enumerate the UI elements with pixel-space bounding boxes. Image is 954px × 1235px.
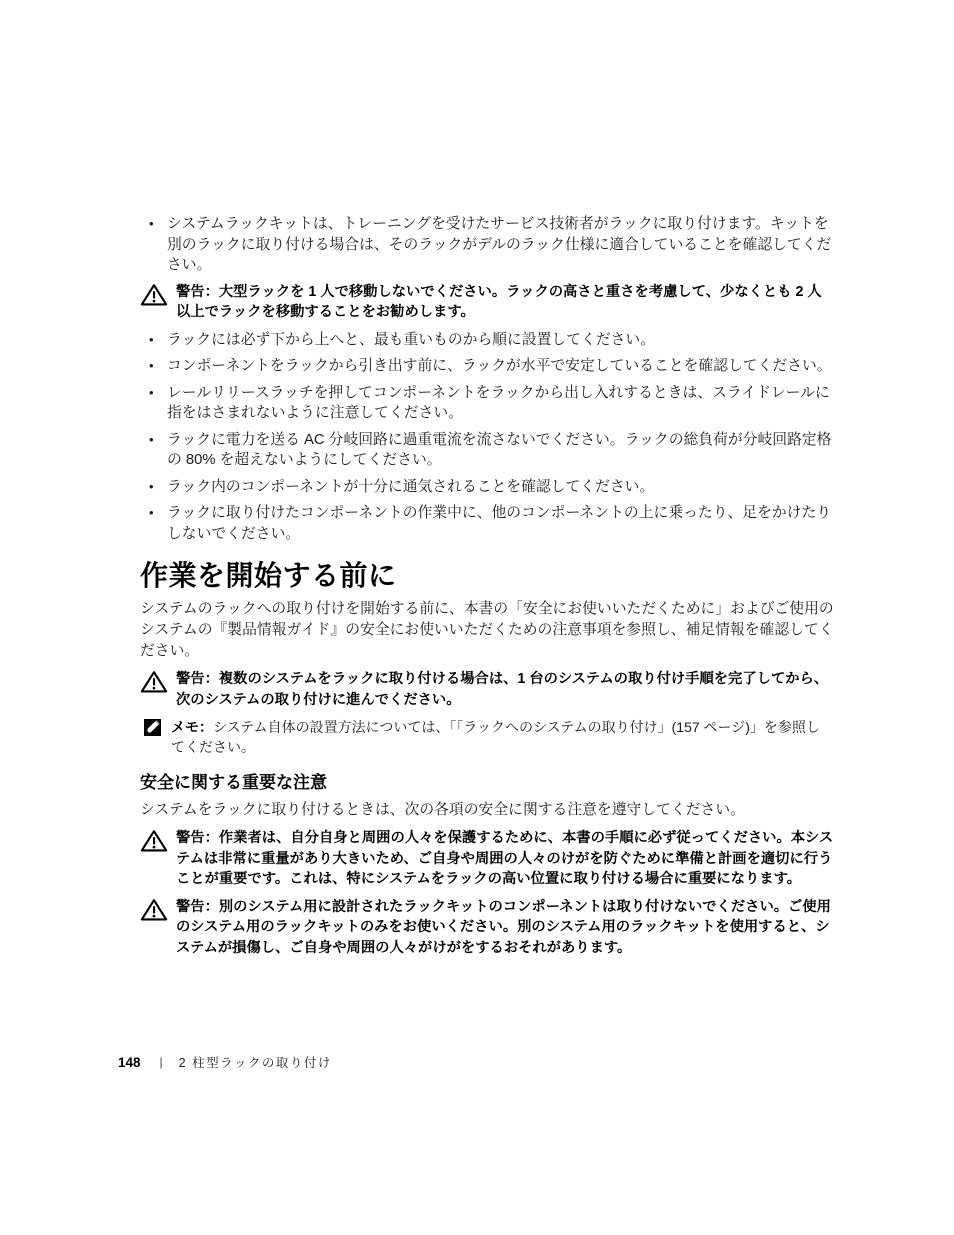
subsection-title-safety: 安全に関する重要な注意	[140, 772, 834, 793]
warning-body: 別のシステム用に設計されたラックキットのコンポーネントは取り付けないでください。…	[176, 899, 831, 956]
note-label: メモ：	[171, 719, 213, 735]
bullet-icon: •	[149, 356, 154, 377]
warning-triangle-icon	[140, 283, 168, 307]
bullet-icon: •	[149, 503, 154, 524]
warning-block-multiple-systems: 警告：複数のシステムをラックに取り付ける場合は、1 台のシステムの取り付け手順を…	[140, 669, 834, 710]
warning-body: 大型ラックを 1 人で移動しないでください。ラックの高さと重さを考慮して、少なく…	[176, 284, 822, 321]
warning-label: 警告：	[176, 830, 219, 846]
warning-triangle-icon	[140, 898, 168, 922]
warning-label: 警告：	[176, 899, 219, 915]
bullet-icon: •	[149, 214, 154, 235]
list-item: • システムラックキットは、トレーニングを受けたサービス技術者がラックに取り付け…	[140, 214, 834, 276]
warning-text: 警告：大型ラックを 1 人で移動しないでください。ラックの高さと重さを考慮して、…	[176, 282, 834, 323]
page-footer: 148 | 2 柱型ラックの取り付け	[118, 1053, 332, 1071]
section-intro-paragraph: システムのラックへの取り付けを開始する前に、本書の「安全にお使いいただくために」…	[140, 599, 834, 662]
warning-text: 警告：複数のシステムをラックに取り付ける場合は、1 台のシステムの取り付け手順を…	[176, 669, 834, 710]
warning-text: 警告：別のシステム用に設計されたラックキットのコンポーネントは取り付けないでくだ…	[176, 897, 834, 959]
footer-separator: |	[160, 1055, 163, 1069]
bullet-text: ラックには必ず下から上へと、最も重いものから順に設置してください。	[167, 332, 655, 348]
bullet-icon: •	[149, 383, 154, 404]
bullet-list-top: • システムラックキットは、トレーニングを受けたサービス技術者がラックに取り付け…	[140, 214, 834, 276]
warning-triangle-icon	[140, 829, 168, 853]
warning-block-protect-people: 警告：作業者は、自分自身と周囲の人々を保護するために、本書の手順に必ず従ってくだ…	[140, 828, 834, 890]
list-item: • ラック内のコンポーネントが十分に通気されることを確認してください。	[140, 477, 834, 498]
bullet-list-main: • ラックには必ず下から上へと、最も重いものから順に設置してください。 • コン…	[140, 330, 834, 545]
warning-block-wrong-kit: 警告：別のシステム用に設計されたラックキットのコンポーネントは取り付けないでくだ…	[140, 897, 834, 959]
bullet-text: ラックに電力を送る AC 分岐回路に過重電流を流さないでください。ラックの総負荷…	[167, 432, 831, 469]
bullet-text: コンポーネントをラックから引き出す前に、ラックが水平で安定していることを確認して…	[167, 358, 832, 374]
warning-triangle-icon	[140, 670, 168, 694]
list-item: • ラックには必ず下から上へと、最も重いものから順に設置してください。	[140, 330, 834, 351]
bullet-text: ラック内のコンポーネントが十分に通気されることを確認してください。	[167, 479, 654, 495]
page-content: • システムラックキットは、トレーニングを受けたサービス技術者がラックに取り付け…	[140, 214, 834, 965]
note-pencil-icon	[144, 719, 161, 736]
warning-body: 作業者は、自分自身と周囲の人々を保護するために、本書の手順に必ず従ってください。…	[176, 830, 833, 887]
list-item: • ラックに電力を送る AC 分岐回路に過重電流を流さないでください。ラックの総…	[140, 430, 834, 471]
bullet-icon: •	[149, 477, 154, 498]
document-page: • システムラックキットは、トレーニングを受けたサービス技術者がラックに取り付け…	[0, 0, 954, 1235]
warning-body: 複数のシステムをラックに取り付ける場合は、1 台のシステムの取り付け手順を完了し…	[176, 671, 828, 708]
bullet-text: システムラックキットは、トレーニングを受けたサービス技術者がラックに取り付けます…	[167, 216, 831, 273]
note-body: システム自体の設置方法については、「「ラックへのシステムの取り付け」(157 ペ…	[171, 719, 820, 755]
list-item: • コンポーネントをラックから引き出す前に、ラックが水平で安定していることを確認…	[140, 356, 834, 377]
page-number: 148	[118, 1055, 141, 1070]
warning-text: 警告：作業者は、自分自身と周囲の人々を保護するために、本書の手順に必ず従ってくだ…	[176, 828, 834, 890]
bullet-text: ラックに取り付けたコンポーネントの作業中に、他のコンポーネントの上に乗ったり、足…	[167, 505, 831, 542]
warning-block-move-rack: 警告：大型ラックを 1 人で移動しないでください。ラックの高さと重さを考慮して、…	[140, 282, 834, 323]
section-title-before-you-begin: 作業を開始する前に	[140, 560, 834, 592]
list-item: • レールリリースラッチを押してコンポーネントをラックから出し入れするときは、ス…	[140, 383, 834, 424]
footer-doc-title: 2 柱型ラックの取り付け	[179, 1053, 332, 1071]
list-item: • ラックに取り付けたコンポーネントの作業中に、他のコンポーネントの上に乗ったり…	[140, 503, 834, 544]
note-block-system-install: メモ：システム自体の設置方法については、「「ラックへのシステムの取り付け」(15…	[140, 717, 834, 757]
bullet-icon: •	[149, 430, 154, 451]
warning-label: 警告：	[176, 284, 219, 300]
safety-intro-paragraph: システムをラックに取り付けるときは、次の各項の安全に関する注意を遵守してください…	[140, 800, 834, 821]
bullet-icon: •	[149, 330, 154, 351]
warning-label: 警告：	[176, 671, 219, 687]
bullet-text: レールリリースラッチを押してコンポーネントをラックから出し入れするときは、スライ…	[167, 385, 830, 422]
note-text: メモ：システム自体の設置方法については、「「ラックへのシステムの取り付け」(15…	[171, 717, 826, 757]
